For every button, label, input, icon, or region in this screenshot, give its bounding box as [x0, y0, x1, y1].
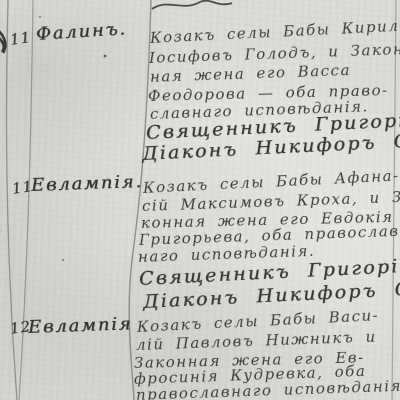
entry-name: Фалинъ.	[35, 18, 127, 45]
cut-off-writing-fragment	[152, 1, 232, 9]
ink-speck	[39, 16, 41, 18]
entry-name: Евлампія.	[31, 171, 144, 196]
number-column-rule	[19, 0, 33, 400]
entry-number: 11	[9, 28, 32, 49]
left-margin-rule	[7, 0, 17, 400]
register-page-scan: 11 Фалинъ. Козакъ селы Бабы Кирил- Іосиф…	[0, 0, 400, 400]
cut-off-left-edge-stroke	[0, 30, 5, 53]
entry-name: Евлампія	[28, 313, 133, 338]
ink-speck	[62, 259, 64, 261]
ink-speck	[104, 55, 107, 58]
